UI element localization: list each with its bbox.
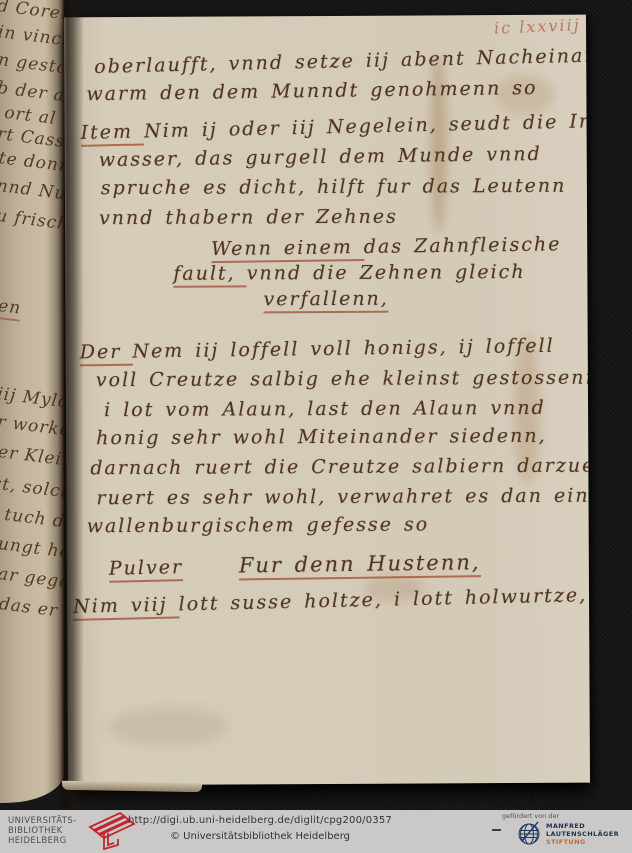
manuscript-line: honig sehr wohl Miteinander siedenn, xyxy=(96,425,547,449)
manuscript-text-segment: darnach ruert die Creutze salbiern darzu… xyxy=(90,455,590,480)
manuscript-text-segment: spruche es dicht, hilft fur das Leutenn xyxy=(101,175,567,199)
verso-manuscript-fragment: dar gegen xyxy=(0,563,64,594)
manuscript-text-segment: i lot vom Alaun, last den Alaun vnnd xyxy=(104,397,546,421)
manuscript-text-segment: vnnd thabern der Zehnes xyxy=(99,206,398,230)
manuscript-line: Item Nim ij oder iij Negelein, seudt die… xyxy=(80,110,590,144)
globe-logo-icon xyxy=(516,820,542,850)
manuscript-line: voll Creutze salbig ehe kleinst gestosse… xyxy=(96,367,590,392)
verso-manuscript-fragment: hen xyxy=(0,295,64,326)
manuscript-text-segment: Nem iij loffell voll honigs, ij loffell xyxy=(132,335,555,363)
verso-manuscript-fragment: vnnd Nutze xyxy=(0,175,64,206)
library-name-line: UNIVERSITÄTS- xyxy=(8,816,77,826)
manuscript-line: Fur denn Hustenn, xyxy=(239,550,481,577)
manuscript-text-segment: vnnd die Zehnen gleich xyxy=(247,261,526,284)
manuscript-text-segment: verfallenn, xyxy=(263,288,388,314)
manuscript-line: wallenburgischem gefesse so xyxy=(87,513,430,537)
verso-manuscript-fragment: er worke ge xyxy=(0,411,64,442)
library-name-line: BIBLIOTHEK xyxy=(8,826,77,836)
paper-stain xyxy=(108,707,228,748)
manuscript-line: i lot vom Alaun, last den Alaun vnnd xyxy=(104,397,546,421)
funder-name-line: LAUTENSCHLÄGER xyxy=(546,830,619,838)
verso-manuscript-fragment: Ste donn xyxy=(0,147,64,178)
dash-separator xyxy=(492,829,501,831)
manuscript-line: Wenn einem das Zahnfleische xyxy=(211,233,561,260)
manuscript-text-segment: warm den dem Munndt genohmenn so xyxy=(86,77,537,105)
digitized-manuscript-viewer: od Coren wgin vinczenn gestossenab der a… xyxy=(0,0,632,853)
manuscript-text-segment: Item xyxy=(80,120,144,146)
library-wordmark: UNIVERSITÄTS- BIBLIOTHEK HEIDELBERG xyxy=(8,816,77,846)
funder-prefix-label: gefördert von der xyxy=(502,812,559,820)
manuscript-text-segment: voll Creutze salbig ehe kleinst gestosse… xyxy=(96,367,590,392)
verso-manuscript-fragment: zu frischer g xyxy=(0,205,64,236)
verso-manuscript-fragment: ist, solche tu xyxy=(0,473,64,504)
verso-manuscript-fragment: , das er sich xyxy=(0,593,64,624)
manuscript-text-segment: Nim viij xyxy=(73,593,179,620)
verso-manuscript-fragment: eiij Mylche xyxy=(0,383,64,414)
manuscript-text-segment: Pulver xyxy=(109,556,184,583)
manuscript-text-segment: Wenn einem xyxy=(211,236,364,263)
book-gutter-shadow xyxy=(58,0,84,808)
manuscript-line: warm den dem Munndt genohmenn so xyxy=(86,77,537,105)
verso-manuscript-fragment: n tuch darub xyxy=(0,503,64,534)
footer-center: http://digi.ub.uni-heidelberg.de/diglit/… xyxy=(110,815,410,842)
manuscript-line: Nim viij lott susse holtze, i lott holwu… xyxy=(73,584,587,618)
manuscript-line: darnach ruert die Creutze salbiern darzu… xyxy=(90,455,590,480)
manuscript-text-segment: lott susse holtze, i lott holwurtze, xyxy=(178,584,587,615)
manuscript-line: ruert es sehr wohl, verwahret es dan ein… xyxy=(96,484,590,509)
manuscript-line: fault, vnnd die Zehnen gleich xyxy=(173,261,525,285)
copyright-line: © Universitätsbibliothek Heidelberg xyxy=(110,831,410,842)
manuscript-page: ic lxxviij oberlaufft, vnnd setze iij ab… xyxy=(64,15,590,786)
manuscript-line: vnnd thabern der Zehnes xyxy=(99,206,398,230)
funder-name: MANFRED LAUTENSCHLÄGER STIFTUNG xyxy=(546,822,619,846)
manuscript-line: wasser, das gurgell dem Munde vnnd xyxy=(99,143,542,171)
funder-name-line: MANFRED xyxy=(546,822,619,830)
funder-name-line: STIFTUNG xyxy=(546,838,619,846)
manuscript-line: Pulver xyxy=(109,556,184,580)
verso-manuscript-fragment: gin vincze xyxy=(0,21,64,52)
verso-manuscript-fragment: der Klein xyxy=(0,441,64,472)
verso-manuscript-fragment: dungt herause xyxy=(0,533,64,564)
manuscript-line: oberlaufft, vnnd setze iij abent Nachein… xyxy=(94,44,590,78)
verso-manuscript-fragment: nn gestossen xyxy=(0,49,64,80)
manuscript-text-segment: oberlaufft, vnnd setze iij abent Nachein… xyxy=(94,44,590,78)
verso-page-edge: od Coren wgin vinczenn gestossenab der a… xyxy=(0,0,64,803)
manuscript-text-segment: Der xyxy=(80,341,133,367)
manuscript-line: Der Nem iij loffell voll honigs, ij loff… xyxy=(80,335,555,364)
verso-manuscript-fragment: od Coren w xyxy=(0,0,64,25)
source-url: http://digi.ub.uni-heidelberg.de/diglit/… xyxy=(110,815,410,826)
manuscript-text-segment: wallenburgischem gefesse so xyxy=(87,513,430,537)
manuscript-text-segment: wasser, das gurgell dem Munde vnnd xyxy=(99,143,542,171)
manuscript-text-segment: honig sehr wohl Miteinander siedenn, xyxy=(96,425,547,449)
manuscript-text-segment: das Zahnfleische xyxy=(364,233,562,258)
manuscript-line: spruche es dicht, hilft fur das Leutenn xyxy=(101,175,567,199)
folio-number: ic lxxviij xyxy=(494,15,581,37)
manuscript-text-segment: ruert es sehr wohl, verwahret es dan ein… xyxy=(96,484,590,509)
manuscript-text-segment: fault, xyxy=(173,262,247,287)
library-name-line: HEIDELBERG xyxy=(8,836,77,846)
manuscript-text-segment: Fur denn Hustenn, xyxy=(239,550,481,580)
manuscript-line: verfallenn, xyxy=(263,288,388,311)
manuscript-text-segment: Nim ij oder iij Negelein, seudt die Inn xyxy=(144,110,590,143)
footer-bar: UNIVERSITÄTS- BIBLIOTHEK HEIDELBERG http… xyxy=(0,810,632,853)
